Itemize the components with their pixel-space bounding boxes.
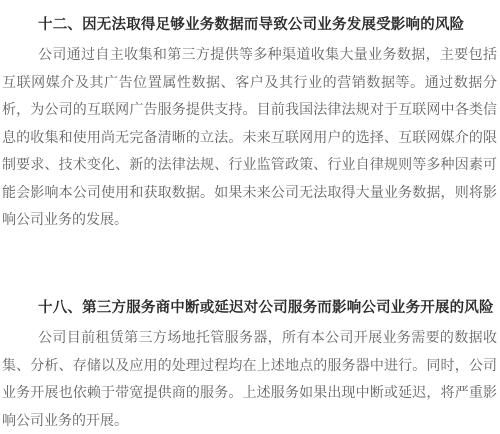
section-heading: 十八、第三方服务商中断或延迟对公司服务而影响公司业务开展的风险 [38, 296, 494, 317]
section-paragraph: 公司目前租赁第三方场地托管服务器，所有本公司开展业务需要的数据收集、分析、存储以… [2, 325, 497, 434]
section-paragraph: 公司通过自主收集和第三方提供等多种渠道收集大量业务数据，主要包括互联网媒介及其广… [2, 42, 497, 235]
document-page: 十二、因无法取得足够业务数据而导致公司业务发展受影响的风险 公司通过自主收集和第… [0, 0, 500, 434]
section-heading: 十二、因无法取得足够业务数据而导致公司业务发展受影响的风险 [38, 13, 464, 34]
